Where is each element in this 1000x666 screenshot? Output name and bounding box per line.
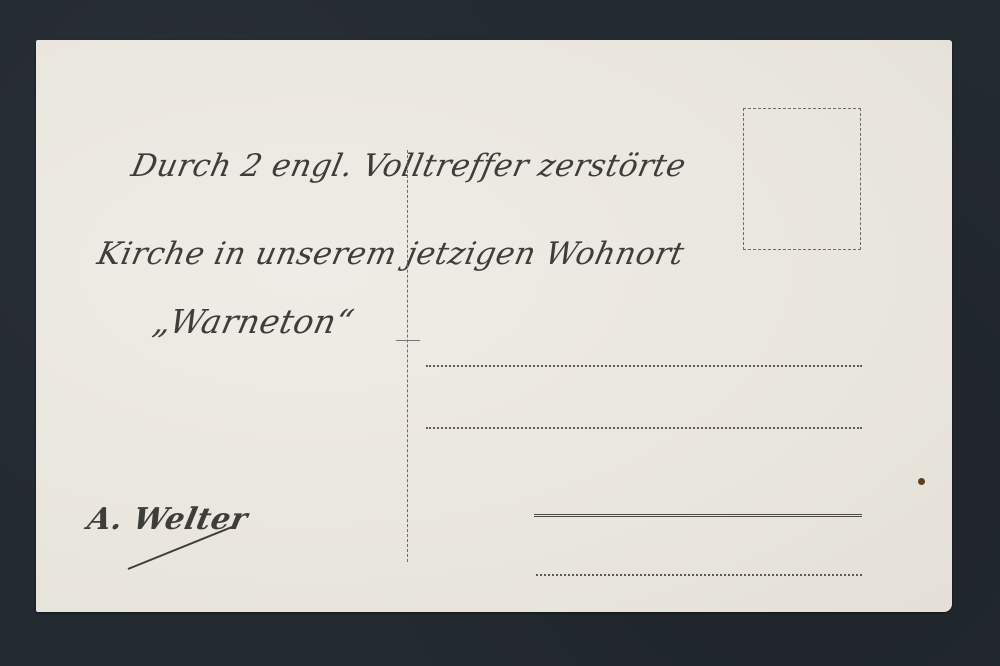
address-line-3 xyxy=(534,514,862,517)
address-line-2 xyxy=(426,427,862,429)
center-divider-line xyxy=(407,150,408,562)
signature: A. Welter xyxy=(84,502,251,537)
divider-tick-mark xyxy=(396,340,420,341)
message-line-3-place-name: „Warneton“ xyxy=(150,302,358,341)
address-line-4 xyxy=(536,574,862,576)
postcard-back: Durch 2 engl. Volltreffer zerstörte Kirc… xyxy=(36,40,952,612)
message-line-1: Durch 2 engl. Volltreffer zerstörte xyxy=(128,148,689,184)
address-line-1 xyxy=(426,365,862,367)
message-line-2: Kirche in unserem jetzigen Wohnort xyxy=(94,236,687,272)
stamp-box xyxy=(743,108,861,250)
foxing-spot xyxy=(918,478,925,485)
